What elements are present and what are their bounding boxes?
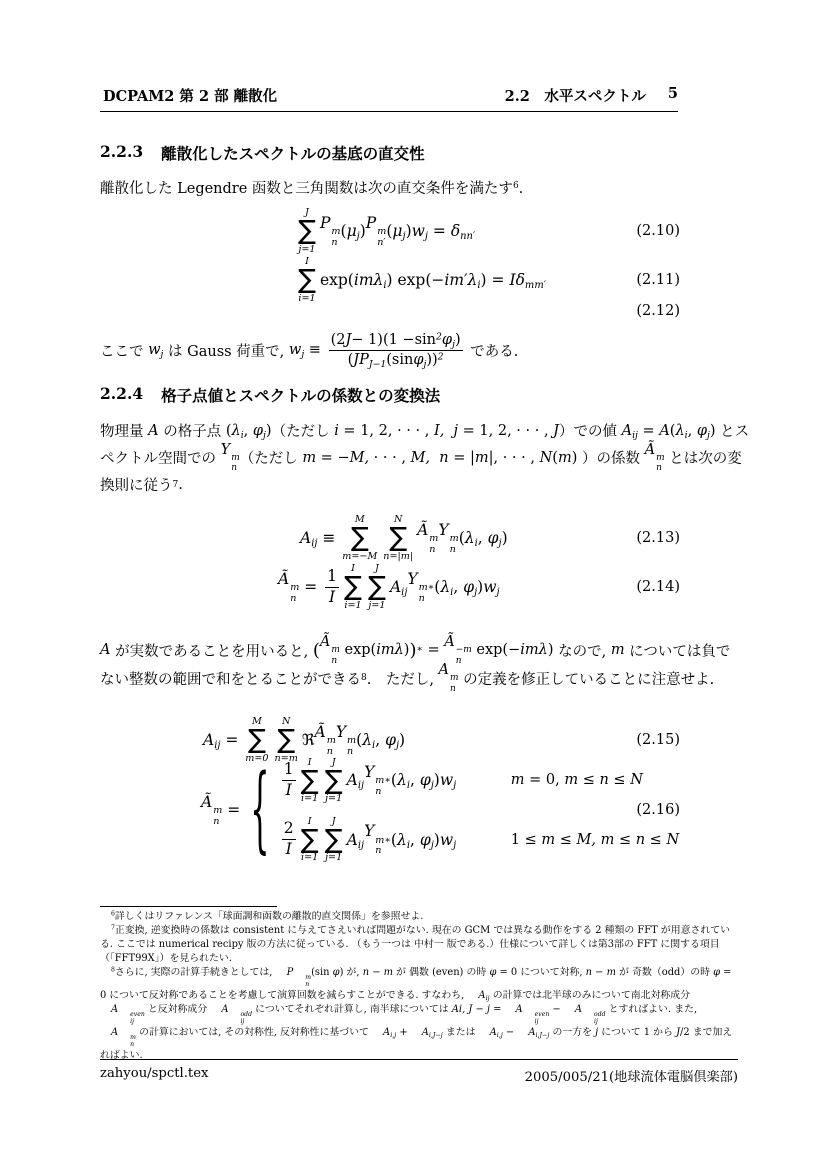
section-number: 2.2.4 (100, 384, 143, 406)
paragraph-224: 物理量 A の格子点 (λi, φj)（ただし i = 1, 2, · · · … (100, 417, 749, 498)
equation-2-14-body: Ãmn = 1II∑i=1J∑j=1AijYm∗n(λi, φj)wj (278, 563, 500, 610)
paragraph-real-line2: ない整数の範囲で和をとることができる8. ただし, Amn の定義を修正している… (100, 664, 730, 692)
paragraph-224-line1: 物理量 A の格子点 (λi, φj)（ただし i = 1, 2, · · · … (100, 417, 749, 444)
equation-2-16-lhs: Ãmn = (201, 793, 245, 828)
header-rule (100, 111, 678, 112)
paragraph-gauss: ここで wj は Gauss 荷重で, wj ≡ (2J − 1)(1 − si… (100, 328, 518, 372)
footer-date: 2005/005/21(地球流体電脳倶楽部) (525, 1066, 738, 1085)
equation-2-15-number: (2.15) (636, 732, 680, 748)
case-row-2: 2II∑i=1J∑j=1AijYm∗n(λi, φj)wj 1 ≤ m ≤ M,… (279, 816, 679, 863)
paragraph-real-line1: A が実数であることを用いると, (Ãmn exp(imλ))∗ = Ã−mn … (100, 636, 730, 664)
paragraph-224-line2: ペクトル空間での Ymn（ただし m = −M, · · · , M, n = … (100, 444, 749, 471)
equation-2-14: Ãmn = 1II∑i=1J∑j=1AijYm∗n(λi, φj)wj (2.1… (100, 560, 680, 614)
section-title: 格子点値とスペクトルの係数との変換法 (161, 384, 440, 406)
cases-brace: { (250, 755, 269, 865)
equation-2-16-body: Ãmn = { 1II∑i=1J∑j=1AijYm∗n(λi, φj)wj m … (201, 757, 679, 864)
section-heading-224: 2.2.4 格子点値とスペクトルの係数との変換法 (100, 384, 440, 406)
equation-2-11-body: I∑i=1exp(imλi) exp(−im′λi) = Iδmm′ (296, 256, 546, 303)
equation-2-11-number: (2.11) (636, 272, 680, 288)
equation-2-16: Ãmn = { 1II∑i=1J∑j=1AijYm∗n(λi, φj)wj m … (100, 762, 680, 858)
footnote-8: 8さらに, 実際の計算手続きとしては, Pmn(sin φ) が, n − m … (100, 966, 736, 1063)
paragraph-224-line3: 換則に従う7. (100, 471, 749, 498)
section-heading-223: 2.2.3 離散化したスペクトルの基底の直交性 (100, 142, 425, 164)
paragraph-223: 離散化した Legendre 函数と三角関数は次の直交条件を満たす6. (100, 177, 523, 198)
section-title: 離散化したスペクトルの基底の直交性 (161, 142, 425, 164)
footnote-rule (100, 906, 277, 907)
document-page: DCPAM2 第 2 部 離散化 2.2 水平スペクトル 5 2.2.3 離散化… (0, 0, 826, 1169)
equation-2-12: (2.12) (100, 300, 680, 322)
footer: zahyou/spctl.tex 2005/005/21(地球流体電脳倶楽部) (100, 1066, 738, 1085)
equation-2-13: Aij ≡ M∑m=−MN∑n=|m|ÃmnYmn(λi, φj) (2.13) (100, 511, 680, 565)
footer-rule (100, 1059, 738, 1060)
equation-2-13-body: Aij ≡ M∑m=−MN∑n=|m|ÃmnYmn(λi, φj) (300, 514, 508, 561)
equation-2-10-body: J∑j=1Pmn(μj)Pmn′(μj)wj = δnn′ (296, 207, 475, 254)
equation-2-10-number: (2.10) (636, 223, 680, 239)
header-section-title: 2.2 水平スペクトル (505, 85, 646, 106)
equation-2-12-number: (2.12) (636, 303, 680, 319)
equation-2-16-number: (2.16) (636, 802, 680, 818)
footer-filename: zahyou/spctl.tex (100, 1066, 208, 1085)
footnote-7: 7正変換, 逆変換時の係数は consistent に与えてさえいれば問題がない… (100, 924, 736, 966)
section-number: 2.2.3 (100, 142, 143, 164)
footnote-6: 6詳しくはリファレンス「球面調和函数の離散的直交関係」を参照せよ. (100, 910, 736, 924)
case-row-1: 1II∑i=1J∑j=1AijYm∗n(λi, φj)wj m = 0, m ≤… (279, 757, 679, 804)
equation-2-14-number: (2.14) (636, 579, 680, 595)
page-number: 5 (668, 85, 678, 106)
math-wj: wj (148, 342, 163, 358)
equation-2-16-cases: 1II∑i=1J∑j=1AijYm∗n(λi, φj)wj m = 0, m ≤… (279, 757, 679, 864)
paragraph-real: A が実数であることを用いると, (Ãmn exp(imλ))∗ = Ã−mn … (100, 636, 730, 692)
footnotes: 6詳しくはリファレンス「球面調和函数の離散的直交関係」を参照せよ. 7正変換, … (100, 910, 736, 1063)
header-right: 2.2 水平スペクトル 5 (100, 85, 678, 106)
equation-2-13-number: (2.13) (636, 530, 680, 546)
math-gauss-weight-formula: wj ≡ (2J − 1)(1 − sin2φj)(JPJ−1(sin φj))… (289, 332, 466, 368)
